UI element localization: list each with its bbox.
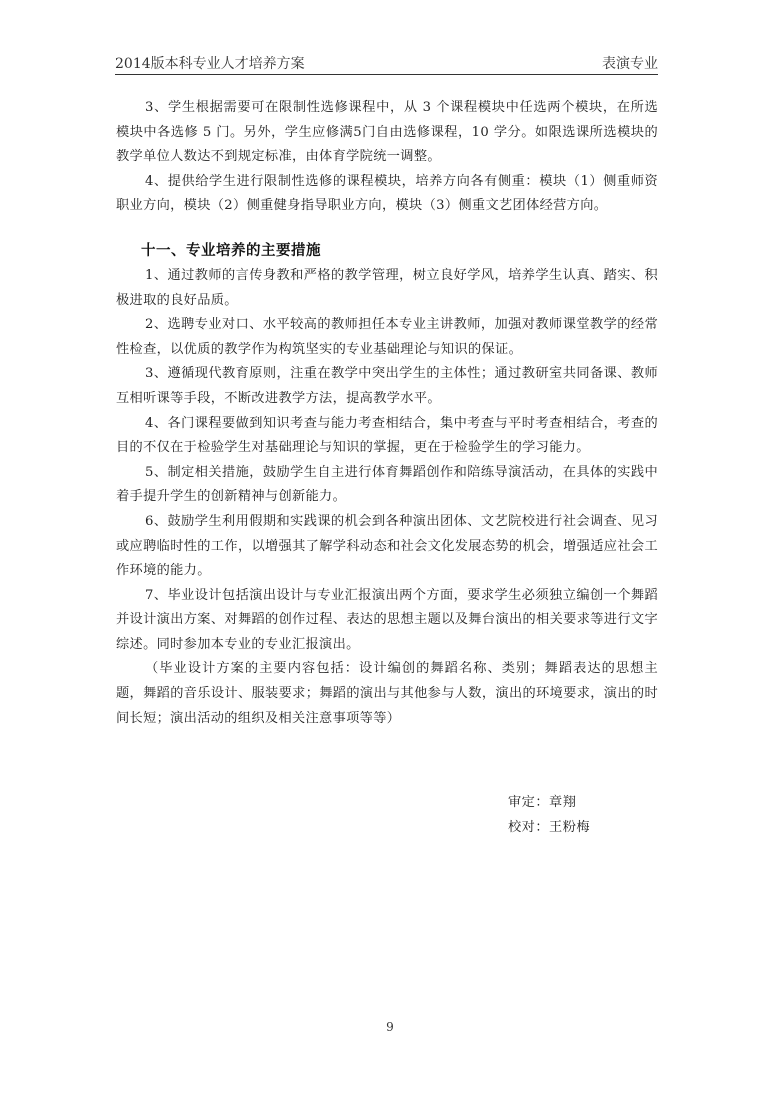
measure-paragraph-5: 5、制定相关措施，鼓励学生自主进行体育舞蹈创作和陪练导演活动，在具体的实践中着手… bbox=[116, 461, 658, 510]
running-header: 2014版本科专业人才培养方案 表演专业 bbox=[115, 54, 658, 75]
page-content: 3、学生根据需要可在限制性选修课程中，从 3 个课程模块中任选两个模块，在所选模… bbox=[116, 96, 658, 731]
intro-paragraph-3: 3、学生根据需要可在限制性选修课程中，从 3 个课程模块中任选两个模块，在所选模… bbox=[116, 96, 658, 170]
document-page: 2014版本科专业人才培养方案 表演专业 3、学生根据需要可在限制性选修课程中，… bbox=[0, 0, 780, 1103]
measure-paragraph-1: 1、通过教师的言传身教和严格的教学管理，树立良好学风，培养学生认真、踏实、积极进… bbox=[116, 264, 658, 313]
measure-paragraph-7: 7、毕业设计包括演出设计与专业汇报演出两个方面，要求学生必须独立编创一个舞蹈并设… bbox=[116, 584, 658, 658]
section-heading: 十一、专业培养的主要措施 bbox=[141, 238, 658, 264]
intro-paragraph-4: 4、提供给学生进行限制性选修的课程模块，培养方向各有侧重：模块（1）侧重师资职业… bbox=[116, 170, 658, 219]
proofread-by: 校对：王粉梅 bbox=[508, 815, 590, 840]
measure-paragraph-3: 3、遵循现代教育原则，注重在教学中突出学生的主体性；通过教研室共同备课、教师互相… bbox=[116, 362, 658, 411]
measure-paragraph-6: 6、鼓励学生利用假期和实践课的机会到各种演出团体、文艺院校进行社会调查、见习或应… bbox=[116, 510, 658, 584]
approved-by: 审定：章翔 bbox=[508, 790, 590, 815]
thesis-design-note: （毕业设计方案的主要内容包括：设计编创的舞蹈名称、类别；舞蹈表达的思想主题，舞蹈… bbox=[116, 657, 658, 731]
measure-paragraph-4: 4、各门课程要做到知识考查与能力考查相结合，集中考查与平时考查相结合，考查的目的… bbox=[116, 412, 658, 461]
signoff-block: 审定：章翔 校对：王粉梅 bbox=[508, 790, 590, 840]
header-major-name: 表演专业 bbox=[602, 55, 658, 74]
measure-paragraph-2: 2、选聘专业对口、水平较高的教师担任本专业主讲教师，加强对教师课堂教学的经常性检… bbox=[116, 313, 658, 362]
page-number: 9 bbox=[0, 1020, 780, 1034]
header-document-title: 2014版本科专业人才培养方案 bbox=[115, 55, 305, 74]
